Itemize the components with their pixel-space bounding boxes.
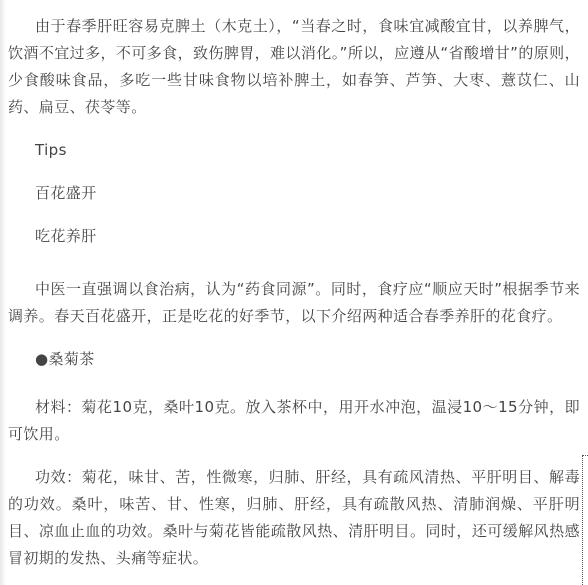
- article-paragraph: 由于春季肝旺容易克脾土（木克土），“当春之时，食味宜减酸宜甘，以养脾气，饮酒不宜…: [8, 13, 580, 121]
- article-heading: 吃花养肝: [8, 223, 580, 250]
- article-paragraph: 材料：菊花10克，桑叶10克。放入茶杯中，用开水冲泡，温浸10～15分钟，即可饮…: [8, 394, 580, 448]
- article-paragraph: 功效：菊花，味甘、苦，性微寒，归肺、肝经，具有疏风清热、平肝明目、解毒的功效。桑…: [8, 464, 580, 572]
- article-body: 由于春季肝旺容易克脾土（木克土），“当春之时，食味宜减酸宜甘，以养脾气，饮酒不宜…: [0, 0, 588, 572]
- article-heading: Tips: [8, 137, 580, 164]
- article-heading: 百花盛开: [8, 180, 580, 207]
- article-paragraph: 中医一直强调以食治病，认为“药食同源”。同时，食疗应“顺应天时”根据季节来调养。…: [8, 276, 580, 330]
- recipe-title: ●桑菊茶: [8, 346, 580, 373]
